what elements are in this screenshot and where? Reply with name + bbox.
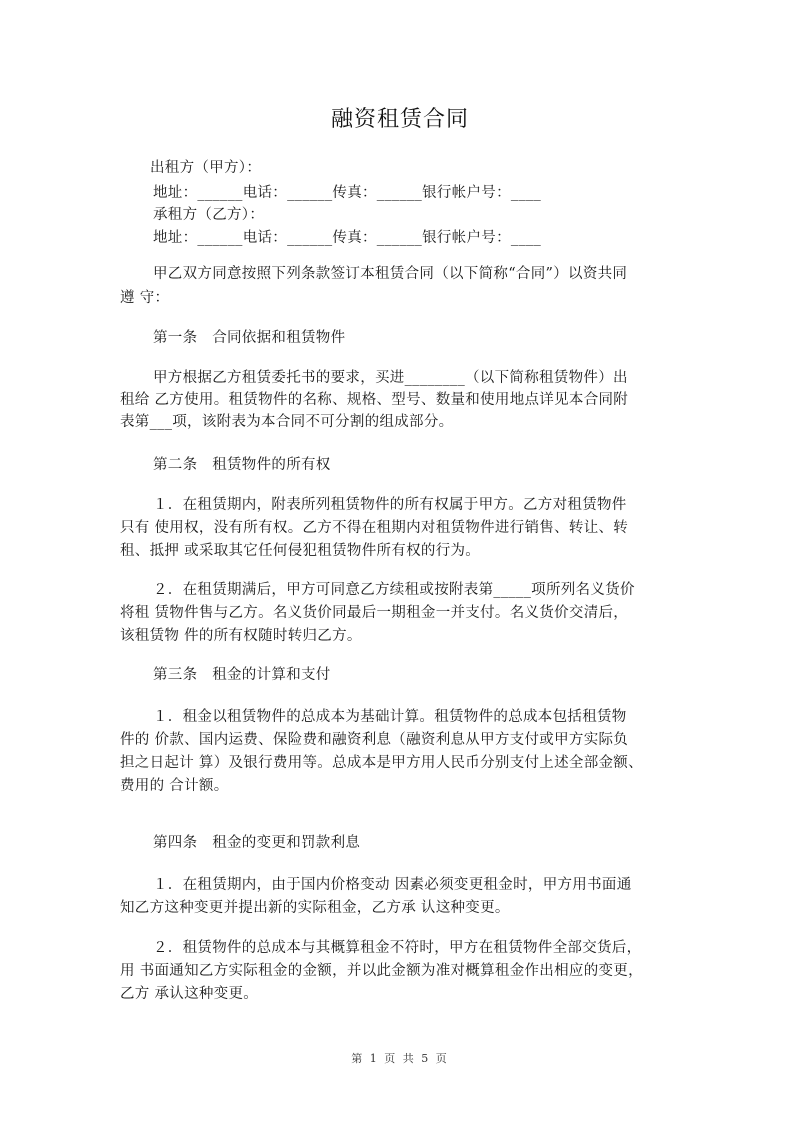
article-3-clause-1-line: 费用的 合计额。 [120,776,229,796]
article-1-para-line: 租给 乙方使用。租赁物件的名称、规格、型号、数量和使用地点详见本合同附 [120,390,628,410]
lessor-contact: 地址：______电话：______传真：______银行帐户号：____ [153,183,541,203]
article-4-clause-2-line: ２．租赁物件的总成本与其概算租金不符时，甲方在租赁物件全部交货后， [153,938,641,958]
article-4-clause-2-line: 乙方 承认这种变更。 [120,984,258,1004]
article-1-para-line: 甲方根据乙方租赁委托书的要求，买进________（以下简称租赁物件）出 [153,368,628,388]
article-2-clause-2-line: 该租赁物 件的所有权随时转归乙方。 [120,626,362,646]
article-2-clause-1-line: １．在租赁期内，附表所列租赁物件的所有权属于甲方。乙方对租赁物件 [153,495,627,515]
lessee-label: 承租方（乙方）： [153,205,264,225]
article-3-clause-1-line: 件的 价款、国内运费、保险费和融资利息（融资利息从甲方支付或甲方实际负 [120,730,628,750]
article-3-heading: 第三条 租金的计算和支付 [153,665,331,685]
article-1-para-line: 表第___项，该附表为本合同不可分割的组成部分。 [120,412,453,432]
article-2-clause-1-line: 只有 使用权，没有所有权。乙方不得在租期内对租赁物件进行销售、转让、转 [120,518,628,538]
article-4-clause-1-line: １．在租赁期内，由于国内价格变动 因素必须变更租金时，甲方用书面通 [153,875,632,895]
article-2-clause-2-line: 将租 赁物件售与乙方。名义货价同最后一期租金一并支付。名义货价交清后， [120,603,628,623]
document-page: 融资租赁合同 出租方（甲方）： 地址：______电话：______传真：___… [0,0,800,1132]
article-4-clause-1-line: 知乙方这种变更并提出新的实际租金，乙方承 认这种变更。 [120,898,510,918]
preamble-line-2: 遵 守： [120,288,169,308]
article-2-clause-2-line: ２．在租赁期满后，甲方可同意乙方续租或按附表第_____项所列名义货价 [153,580,635,600]
lessee-contact: 地址：______电话：______传真：______银行帐户号：____ [153,228,541,248]
article-2-clause-1-line: 租、抵押 或采取其它任何侵犯租赁物件所有权的行为。 [120,541,480,561]
article-3-clause-1-line: 担之日起计 算）及银行费用等。总成本是甲方用人民币分别支付上述全部金额、 [120,753,643,773]
article-4-clause-2-line: 用 书面通知乙方实际租金的金额，并以此金额为准对概算租金作出相应的变更， [120,961,643,981]
document-title: 融资租赁合同 [0,102,800,133]
article-1-heading: 第一条 合同依据和租赁物件 [153,328,345,348]
article-3-clause-1-line: １．租金以租赁物件的总成本为基础计算。租赁物件的总成本包括租赁物 [153,707,627,727]
article-4-heading: 第四条 租金的变更和罚款利息 [153,833,360,853]
page-number: 第 1 页 共 5 页 [0,1050,800,1066]
lessor-label: 出租方（甲方）： [150,158,261,178]
article-2-heading: 第二条 租赁物件的所有权 [153,455,331,475]
preamble-line-1: 甲乙双方同意按照下列条款签订本租赁合同（以下简称“合同”）以资共同 [153,264,627,284]
